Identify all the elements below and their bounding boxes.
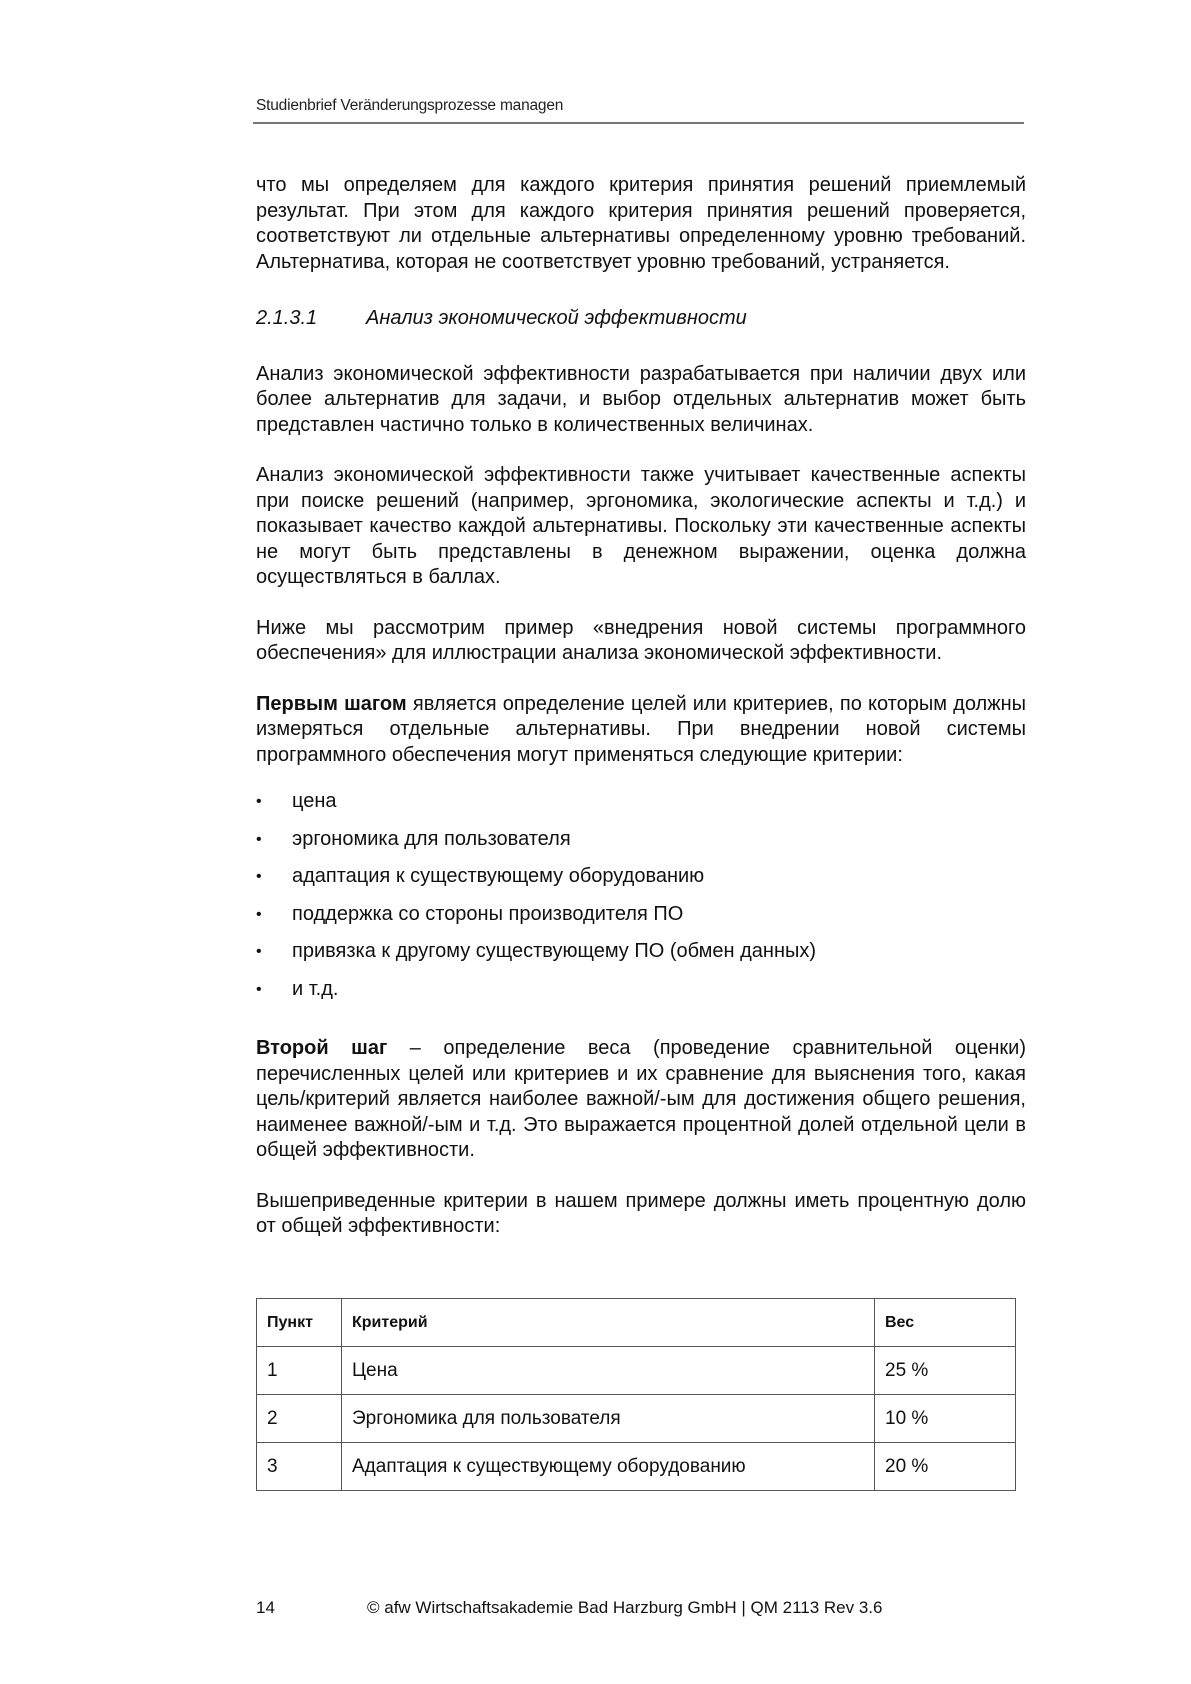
list-item: •цена	[256, 783, 1026, 821]
step-two-label: Второй шаг	[256, 1037, 387, 1059]
bullet-icon: •	[256, 827, 292, 853]
list-item: •привязка к другому существующему ПО (об…	[256, 933, 1026, 971]
main-content: что мы определяем для каждого критерия п…	[256, 173, 1026, 1265]
list-item: •поддержка со стороны производителя ПО	[256, 896, 1026, 934]
cell-weight: 10 %	[875, 1395, 1016, 1443]
paragraph-definition: Анализ экономической эффективности разра…	[256, 362, 1026, 439]
list-item: •адаптация к существующему оборудованию	[256, 858, 1026, 896]
cell-criterion: Цена	[342, 1347, 875, 1395]
bullet-icon: •	[256, 789, 292, 815]
cell-criterion: Адаптация к существующему оборудованию	[342, 1443, 875, 1491]
section-heading: 2.1.3.1 Анализ экономической эффективнос…	[256, 306, 1026, 332]
paragraph-step-two: Второй шаг – определение веса (проведени…	[256, 1036, 1026, 1164]
running-header: Studienbrief Veränderungsprozesse manage…	[256, 97, 563, 115]
paragraph-example-intro: Ниже мы рассмотрим пример «внедрения нов…	[256, 616, 1026, 667]
cell-weight: 25 %	[875, 1347, 1016, 1395]
paragraph-qualitative-aspects: Анализ экономической эффективности также…	[256, 463, 1026, 591]
footer-copyright: © afw Wirtschaftsakademie Bad Harzburg G…	[367, 1598, 883, 1618]
bullet-icon: •	[256, 977, 292, 1003]
cell-weight: 20 %	[875, 1443, 1016, 1491]
criteria-list: •цена •эргономика для пользователя •адап…	[256, 783, 1026, 1008]
document-page: Studienbrief Veränderungsprozesse manage…	[0, 0, 1191, 1684]
section-title: Анализ экономической эффективности	[366, 306, 747, 332]
page-number: 14	[256, 1598, 275, 1618]
header-divider	[253, 122, 1024, 124]
step-one-label: Первым шагом	[256, 693, 407, 715]
criteria-weights-table: Пункт Критерий Вес 1 Цена 25 % 2 Эргоном…	[256, 1298, 1016, 1491]
paragraph-table-intro: Вышеприведенные критерии в нашем примере…	[256, 1189, 1026, 1240]
bullet-icon: •	[256, 902, 292, 928]
list-item: •эргономика для пользователя	[256, 821, 1026, 859]
cell-item: 1	[257, 1347, 342, 1395]
list-item: •и т.д.	[256, 971, 1026, 1009]
table-row: 2 Эргономика для пользователя 10 %	[257, 1395, 1016, 1443]
column-header-item: Пункт	[257, 1299, 342, 1347]
section-number: 2.1.3.1	[256, 306, 366, 332]
cell-criterion: Эргономика для пользователя	[342, 1395, 875, 1443]
cell-item: 3	[257, 1443, 342, 1491]
table-row: 3 Адаптация к существующему оборудованию…	[257, 1443, 1016, 1491]
column-header-weight: Вес	[875, 1299, 1016, 1347]
table-row: 1 Цена 25 %	[257, 1347, 1016, 1395]
paragraph-step-one: Первым шагом является определение целей …	[256, 692, 1026, 769]
intro-paragraph: что мы определяем для каждого критерия п…	[256, 173, 1026, 275]
bullet-icon: •	[256, 939, 292, 965]
cell-item: 2	[257, 1395, 342, 1443]
bullet-icon: •	[256, 864, 292, 890]
table-header-row: Пункт Критерий Вес	[257, 1299, 1016, 1347]
column-header-criterion: Критерий	[342, 1299, 875, 1347]
